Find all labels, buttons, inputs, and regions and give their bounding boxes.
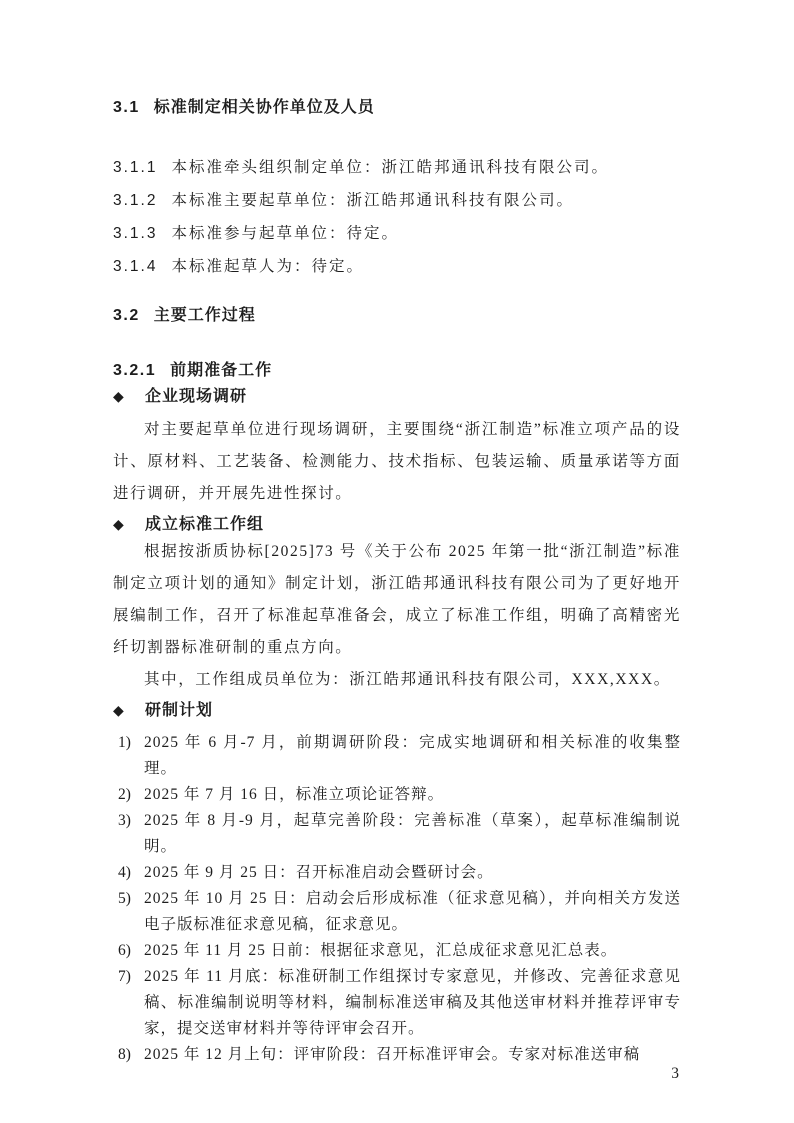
plan-list-item-8: 8)2025 年 12 月上旬：评审阶段：召开标准评审会。专家对标准送审稿 — [118, 1042, 681, 1068]
section-number: 3.2 — [113, 307, 140, 324]
diamond-bullet-icon: ◆ — [113, 385, 145, 407]
list-item-text: 2025 年 11 月 25 日前：根据征求意见，汇总成征求意见汇总表。 — [144, 938, 681, 964]
list-marker: 1) — [118, 730, 144, 756]
clause-number: 3.1.1 — [113, 159, 157, 176]
list-marker: 8) — [118, 1042, 144, 1068]
plan-list: 1)2025 年 6 月-7 月，前期调研阶段：完成实地调研和相关标准的收集整理… — [118, 730, 681, 1068]
paragraph-field-survey: 对主要起草单位进行现场调研，主要围绕“浙江制造”标准立项产品的设计、原材料、工艺… — [113, 414, 681, 510]
diamond-bullet-icon: ◆ — [113, 513, 145, 535]
list-marker: 3) — [118, 808, 144, 834]
list-item-text: 2025 年 8 月-9 月，起草完善阶段：完善标准（草案），起草标准编制说明。 — [144, 808, 681, 860]
clause-number: 3.1.4 — [113, 258, 157, 275]
bullet-heading-plan: ◆研制计划 — [113, 699, 681, 722]
bullet-heading-label: 成立标准工作组 — [145, 514, 264, 536]
diamond-bullet-icon: ◆ — [113, 699, 145, 721]
section-heading-3-2: 3.2主要工作过程 — [113, 305, 681, 327]
paragraph-members: 其中，工作组成员单位为：浙江皓邦通讯科技有限公司，XXX,XXX。 — [113, 664, 681, 696]
list-marker: 7) — [118, 964, 144, 990]
list-marker: 6) — [118, 938, 144, 964]
clause-row-3-1-1: 3.1.1本标准牵头组织制定单位：浙江皓邦通讯科技有限公司。 — [113, 158, 681, 178]
clause-row-3-1-3: 3.1.3本标准参与起草单位：待定。 — [113, 224, 681, 244]
bullet-heading-label: 企业现场调研 — [145, 386, 247, 408]
list-marker: 5) — [118, 886, 144, 912]
plan-list-item-3: 3)2025 年 8 月-9 月，起草完善阶段：完善标准（草案），起草标准编制说… — [118, 808, 681, 860]
plan-list-item-4: 4)2025 年 9 月 25 日：召开标准启动会暨研讨会。 — [118, 860, 681, 886]
page-number: 3 — [671, 1064, 679, 1084]
section-number: 3.2.1 — [113, 362, 156, 379]
clause-text: 本标准起草人为：待定。 — [171, 258, 364, 275]
bullet-heading-label: 研制计划 — [145, 700, 213, 722]
list-marker: 2) — [118, 782, 144, 808]
list-marker: 4) — [118, 860, 144, 886]
section-title: 主要工作过程 — [154, 307, 256, 324]
list-item-text: 2025 年 9 月 25 日：召开标准启动会暨研讨会。 — [144, 860, 681, 886]
section-heading-3-2-1: 3.2.1前期准备工作 — [113, 360, 681, 382]
bullet-heading-field-survey: ◆企业现场调研 — [113, 385, 681, 408]
section-title: 标准制定相关协作单位及人员 — [154, 99, 375, 116]
clause-number: 3.1.2 — [113, 192, 157, 209]
list-item-text: 2025 年 10 月 25 日：启动会后形成标准（征求意见稿），并向相关方发送… — [144, 886, 681, 938]
section-number: 3.1 — [113, 99, 140, 116]
clause-text: 本标准参与起草单位：待定。 — [171, 225, 399, 242]
clause-number: 3.1.3 — [113, 225, 157, 242]
clause-text: 本标准主要起草单位：浙江皓邦通讯科技有限公司。 — [171, 192, 574, 209]
list-item-text: 2025 年 12 月上旬：评审阶段：召开标准评审会。专家对标准送审稿 — [144, 1042, 681, 1068]
plan-list-item-5: 5)2025 年 10 月 25 日：启动会后形成标准（征求意见稿），并向相关方… — [118, 886, 681, 938]
list-item-text: 2025 年 11 月底：标准研制工作组探讨专家意见，并修改、完善征求意见稿、标… — [144, 964, 681, 1042]
plan-list-item-2: 2)2025 年 7 月 16 日，标准立项论证答辩。 — [118, 782, 681, 808]
list-item-text: 2025 年 6 月-7 月，前期调研阶段：完成实地调研和相关标准的收集整理。 — [144, 730, 681, 782]
section-title: 前期准备工作 — [170, 362, 272, 379]
clause-row-3-1-4: 3.1.4本标准起草人为：待定。 — [113, 257, 681, 277]
paragraph-workgroup: 根据按浙质协标[2025]73 号《关于公布 2025 年第一批“浙江制造”标准… — [113, 536, 681, 664]
plan-list-item-7: 7)2025 年 11 月底：标准研制工作组探讨专家意见，并修改、完善征求意见稿… — [118, 964, 681, 1042]
clause-text: 本标准牵头组织制定单位：浙江皓邦通讯科技有限公司。 — [171, 159, 609, 176]
page-content: 3.1标准制定相关协作单位及人员 3.1.1本标准牵头组织制定单位：浙江皓邦通讯… — [113, 0, 681, 1068]
section-heading-3-1: 3.1标准制定相关协作单位及人员 — [113, 97, 681, 119]
clause-list: 3.1.1本标准牵头组织制定单位：浙江皓邦通讯科技有限公司。 3.1.2本标准主… — [113, 158, 681, 277]
plan-list-item-1: 1)2025 年 6 月-7 月，前期调研阶段：完成实地调研和相关标准的收集整理… — [118, 730, 681, 782]
list-item-text: 2025 年 7 月 16 日，标准立项论证答辩。 — [144, 782, 681, 808]
bullet-heading-workgroup: ◆成立标准工作组 — [113, 513, 681, 536]
document-page: 3.1标准制定相关协作单位及人员 3.1.1本标准牵头组织制定单位：浙江皓邦通讯… — [0, 0, 794, 1123]
plan-list-item-6: 6)2025 年 11 月 25 日前：根据征求意见，汇总成征求意见汇总表。 — [118, 938, 681, 964]
clause-row-3-1-2: 3.1.2本标准主要起草单位：浙江皓邦通讯科技有限公司。 — [113, 191, 681, 211]
